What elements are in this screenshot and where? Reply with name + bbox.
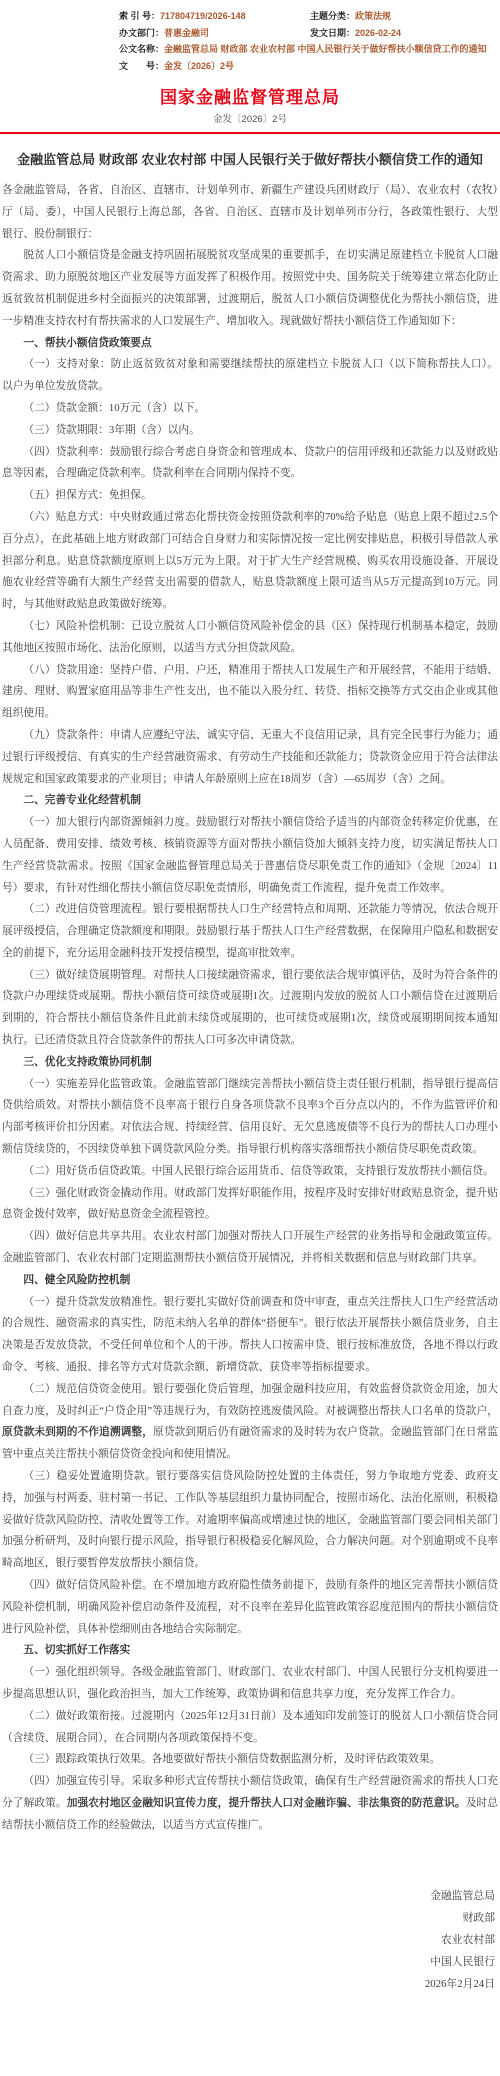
paragraph: （三）强化财政资金撬动作用。财政部门发挥好职能作用，按程序及时安排好财政贴息资金… (2, 1183, 498, 1227)
signature-date: 2026年2月24日 (5, 1973, 495, 1995)
meta-field: 公文名称：金融监管总局 财政部 农业农村部 中国人民银行关于做好帮扶小额信贷工作… (119, 41, 490, 58)
paragraph: （二）改进信贷管理流程。银行要根据帮扶人口生产经营特点和周期、还款能力等情况，依… (2, 899, 498, 964)
paragraph: （八）贷款用途：坚持户借、户用、户还，精准用于帮扶人口发展生产和开展经营，不能用… (2, 660, 498, 725)
text-run: 五、切实抓好工作落实 (23, 1644, 130, 1656)
paragraph: （二）贷款金额：10万元（含）以下。 (2, 398, 498, 420)
doc-number: 金发〔2026〕2号 (0, 113, 500, 126)
paragraph: （一）提升贷款发放精准性。银行要扎实做好贷前调查和贷中审查，重点关注帮扶人口生产… (2, 1292, 498, 1379)
signature-line: 农业农村部 (5, 1929, 495, 1951)
meta-label: 索 引 号： (119, 11, 160, 21)
document-title: 金融监管总局 财政部 农业农村部 中国人民银行关于做好帮扶小额信贷工作的通知 (2, 150, 498, 170)
text-run: （二）做好政策衔接。过渡期内（2025年12月31日前）及本通知印发前签订的脱贫… (2, 1710, 498, 1744)
meta-value: 717804719/2026-148 (160, 11, 246, 21)
paragraph: （二）用好货币信贷政策。中国人民银行综合运用货币、信贷等政策，支持银行发放帮扶小… (2, 1161, 498, 1183)
text-run: 四、健全风险防控机制 (23, 1274, 130, 1286)
meta-label: 办文部门： (119, 28, 164, 38)
text-run: （三）做好续贷展期管理。对帮扶人口接续融资需求，银行要依法合规审慎评估，及时为符… (2, 969, 498, 1046)
section-heading: 五、切实抓好工作落实 (2, 1640, 498, 1662)
text-run: （二）贷款金额：10万元（含）以下。 (23, 402, 205, 414)
text-run: （三）强化财政资金撬动作用。财政部门发挥好职能作用，按程序及时安排好财政贴息资金… (2, 1187, 498, 1221)
paragraph: （三）贷款期限：3年期（含）以内。 (2, 420, 498, 442)
paragraph: （一）支持对象：防止返贫致贫对象和需要继续帮扶的原建档立卡脱贫人口（以下简称帮扶… (2, 354, 498, 398)
paragraph: （九）贷款条件：申请人应遵纪守法、诚实守信、无重大不良信用记录，具有完全民事行为… (2, 725, 498, 790)
text-run: （一）提升贷款发放精准性。银行要扎实做好贷前调查和贷中审查，重点关注帮扶人口生产… (2, 1296, 498, 1373)
meta-field: 文 号：金发〔2026〕2号 (119, 58, 490, 75)
text-run: （四）做好信贷风险补偿。在不增加地方政府隐性债务前提下，鼓励有条件的地区完善帮扶… (2, 1579, 498, 1635)
document-page: 索 引 号：717804719/2026-148主题分类：政策法规办文部门：普惠… (0, 0, 500, 2076)
signature-block: 金融监管总局财政部农业农村部中国人民银行2026年2月24日 (5, 1885, 495, 1995)
section-heading: 四、健全风险防控机制 (2, 1270, 498, 1292)
text-run: （一）实施差异化监管政策。金融监管部门继续完善帮扶小额信贷主责任银行机制，指导银… (2, 1078, 498, 1155)
text-run: （二）规范信贷资金使用。银行要强化贷后管理，加强金融科技应用，有效监督贷款资金用… (2, 1383, 498, 1417)
text-run: （二）改进信贷管理流程。银行要根据帮扶人口生产经营特点和周期、还款能力等情况，依… (2, 903, 498, 959)
meta-value: 金发〔2026〕2号 (164, 61, 234, 71)
paragraph: （四）做好信息共享共用。农业农村部门加强对帮扶人口开展生产经营的业务指导和金融政… (2, 1226, 498, 1270)
signature-line: 金融监管总局 (5, 1885, 495, 1907)
meta-row: 公文名称：金融监管总局 财政部 农业农村部 中国人民银行关于做好帮扶小额信贷工作… (119, 41, 490, 58)
paragraph: （一）实施差异化监管政策。金融监管部门继续完善帮扶小额信贷主责任银行机制，指导银… (2, 1074, 498, 1161)
text-run: 二、完善专业化经营机制 (23, 794, 141, 806)
text-run: （三）稳妥处置逾期贷款。银行要落实信贷风险防控处置的主体责任，努力争取地方党委、… (2, 1470, 498, 1569)
meta-label: 公文名称： (119, 44, 164, 54)
document-metadata: 索 引 号：717804719/2026-148主题分类：政策法规办文部门：普惠… (119, 8, 490, 74)
meta-row: 办文部门：普惠金融司发文日期：2026-02-24 (119, 25, 490, 42)
meta-field: 索 引 号：717804719/2026-148 (119, 8, 310, 25)
paragraph: （六）贴息方式：中央财政通过常态化帮扶资金按照贷款利率的70%给予贴息（贴息上限… (2, 507, 498, 616)
text-run: （三）贷款期限：3年期（含）以内。 (23, 424, 199, 436)
paragraph: （一）强化组织领导。各级金融监管部门、财政部门、农业农村部门、中国人民银行分支机… (2, 1662, 498, 1706)
paragraph: （四）做好信贷风险补偿。在不增加地方政府隐性债务前提下，鼓励有条件的地区完善帮扶… (2, 1575, 498, 1640)
section-heading: 三、优化支持政策协同机制 (2, 1052, 498, 1074)
meta-field: 发文日期：2026-02-24 (310, 25, 490, 42)
red-divider (0, 132, 500, 134)
meta-field: 办文部门：普惠金融司 (119, 25, 310, 42)
text-run: （九）贷款条件：申请人应遵纪守法、诚实守信、无重大不良信用记录，具有完全民事行为… (2, 729, 498, 785)
document-body: 各金融监管局，各省、自治区、直辖市、计划单列市、新疆生产建设兵团财政厅（局）、农… (2, 180, 498, 1837)
text-run: （一）加大银行内部资源倾斜力度。鼓励银行对帮扶小额信贷给予适当的内部资金转移定价… (2, 816, 498, 893)
signature-line: 中国人民银行 (5, 1951, 495, 1973)
paragraph: 各金融监管局，各省、自治区、直辖市、计划单列市、新疆生产建设兵团财政厅（局）、农… (2, 180, 498, 245)
meta-value: 金融监管总局 财政部 农业农村部 中国人民银行关于做好帮扶小额信贷工作的通知 (164, 44, 487, 54)
text-run: （四）贷款利率：鼓励银行综合考虑自身资金和管理成本、贷款户的信用评级和还款能力以… (2, 446, 498, 480)
paragraph: （三）稳妥处置逾期贷款。银行要落实信贷风险防控处置的主体责任，努力争取地方党委、… (2, 1466, 498, 1575)
paragraph: （四）加强宣传引导。采取多种形式宣传帮扶小额信贷政策，确保有生产经营融资需求的帮… (2, 1771, 498, 1836)
agency-title: 国家金融监督管理总局 (0, 83, 500, 108)
text-run: 三、优化支持政策协同机制 (23, 1056, 151, 1068)
meta-row: 文 号：金发〔2026〕2号 (119, 58, 490, 75)
paragraph: （七）风险补偿机制：已设立脱贫人口小额信贷风险补偿金的县（区）保持现行机制基本稳… (2, 616, 498, 660)
text-run: （五）担保方式：免担保。 (23, 489, 151, 501)
paragraph: （二）规范信贷资金使用。银行要强化贷后管理，加强金融科技应用，有效监督贷款资金用… (2, 1379, 498, 1466)
paragraph: 脱贫人口小额信贷是金融支持巩固拓展脱贫攻坚成果的重要抓手，在切实满足原建档立卡脱… (2, 245, 498, 332)
meta-value: 2026-02-24 (355, 28, 401, 38)
text-run: （四）做好信息共享共用。农业农村部门加强对帮扶人口开展生产经营的业务指导和金融政… (2, 1230, 498, 1264)
text-run: （一）强化组织领导。各级金融监管部门、财政部门、农业农村部门、中国人民银行分支机… (2, 1666, 498, 1700)
paragraph: （二）做好政策衔接。过渡期内（2025年12月31日前）及本通知印发前签订的脱贫… (2, 1706, 498, 1750)
text-run: （六）贴息方式：中央财政通过常态化帮扶资金按照贷款利率的70%给予贴息（贴息上限… (2, 511, 498, 610)
text-run: （一）支持对象：防止返贫致贫对象和需要继续帮扶的原建档立卡脱贫人口（以下简称帮扶… (2, 358, 498, 392)
text-run: （八）贷款用途：坚持户借、户用、户还，精准用于帮扶人口发展生产和开展经营，不能用… (2, 664, 498, 720)
meta-value: 政策法规 (355, 11, 391, 21)
meta-field: 主题分类：政策法规 (310, 8, 490, 25)
meta-label: 发文日期： (310, 28, 355, 38)
meta-row: 索 引 号：717804719/2026-148主题分类：政策法规 (119, 8, 490, 25)
section-heading: 二、完善专业化经营机制 (2, 790, 498, 812)
section-heading: 一、帮扶小额信贷政策要点 (2, 333, 498, 355)
text-run: （七）风险补偿机制：已设立脱贫人口小额信贷风险补偿金的县（区）保持现行机制基本稳… (2, 620, 498, 654)
paragraph: （五）担保方式：免担保。 (2, 485, 498, 507)
text-run: 各金融监管局，各省、自治区、直辖市、计划单列市、新疆生产建设兵团财政厅（局）、农… (2, 184, 498, 240)
meta-label: 主题分类： (310, 11, 355, 21)
paragraph: （三）跟踪政策执行效果。各地要做好帮扶小额信贷数据监测分析，及时评估政策效果。 (2, 1749, 498, 1771)
text-run: （三）跟踪政策执行效果。各地要做好帮扶小额信贷数据监测分析，及时评估政策效果。 (23, 1753, 440, 1765)
paragraph: （一）加大银行内部资源倾斜力度。鼓励银行对帮扶小额信贷给予适当的内部资金转移定价… (2, 812, 498, 899)
text-run: 加强农村地区金融知识宣传力度，提升帮扶人口对金融诈骗、非法集资的防范意识。 (67, 1797, 466, 1809)
text-run: （二）用好货币信贷政策。中国人民银行综合运用货币、信贷等政策，支持银行发放帮扶小… (23, 1165, 493, 1177)
signature-line: 财政部 (5, 1907, 495, 1929)
text-run: 脱贫人口小额信贷是金融支持巩固拓展脱贫攻坚成果的重要抓手，在切实满足原建档立卡脱… (2, 249, 498, 326)
text-run: 原贷款未到期的不作追溯调整， (2, 1426, 153, 1438)
paragraph: （三）做好续贷展期管理。对帮扶人口接续融资需求，银行要依法合规审慎评估，及时为符… (2, 965, 498, 1052)
paragraph: （四）贷款利率：鼓励银行综合考虑自身资金和管理成本、贷款户的信用评级和还款能力以… (2, 442, 498, 486)
meta-value: 普惠金融司 (164, 28, 209, 38)
text-run: 一、帮扶小额信贷政策要点 (23, 337, 151, 349)
meta-label: 文 号： (119, 61, 164, 71)
